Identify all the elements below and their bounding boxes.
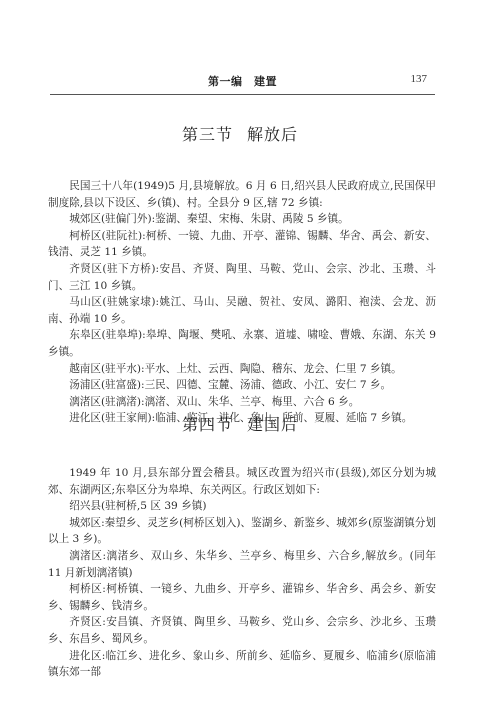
- section-3-body: 民国三十八年(1949)5 月,县境解放。6 月 6 日,绍兴县人民政府成立,民…: [48, 178, 436, 427]
- paragraph: 民国三十八年(1949)5 月,县境解放。6 月 6 日,绍兴县人民政府成立,民…: [48, 178, 436, 211]
- paragraph: 齐贤区(驻下方桥):安昌、齐贤、陶里、马鞍、党山、会宗、沙北、玉瓒、斗门、三江 …: [48, 261, 436, 294]
- paragraph: 漓渚区(驻漓渚):漓渚、双山、朱华、兰亭、梅里、六合 6 乡。: [48, 394, 436, 411]
- section-4-title: 建国后: [247, 415, 298, 434]
- paragraph: 1949 年 10 月,县东部分置会稽县。城区改置为绍兴市(县级),郊区分划为城…: [48, 465, 436, 498]
- paragraph: 汤浦区(驻富盛):三民、四德、宝麓、汤浦、德政、小江、安仁 7 乡。: [48, 377, 436, 394]
- paragraph: 进化区:临江乡、进化乡、象山乡、所前乡、延临乡、夏履乡、临浦乡(原临浦镇东郊一部: [48, 648, 436, 681]
- section-3-title: 解放后: [247, 125, 298, 144]
- page-header: 第一编 建置 137: [50, 66, 435, 95]
- section-3-number: 第三节: [182, 125, 233, 144]
- running-title: 第一编 建置: [50, 73, 435, 89]
- section-4-number: 第四节: [182, 415, 233, 434]
- paragraph: 城郊区(驻偏门外):鉴湖、秦望、宋梅、朱尉、禹陵 5 乡镇。: [48, 211, 436, 228]
- page-number: 137: [411, 73, 428, 85]
- paragraph: 东皋区(驻皋埠):皋埠、陶堰、樊吼、永寨、道墟、啸唫、曹娥、东湖、东关 9 乡镇…: [48, 327, 436, 360]
- paragraph: 柯桥区:柯桥镇、一镜乡、九曲乡、开亭乡、灌锦乡、华舍乡、禹会乡、新安乡、锡麟乡、…: [48, 581, 436, 614]
- paragraph: 越南区(驻平水):平水、上灶、云西、陶隐、稽东、龙会、仁里 7 乡镇。: [48, 361, 436, 378]
- paragraph: 马山区(驻姚家埭):姚江、马山、吴融、贺社、安凤、潞阳、袍渎、会龙、沥南、孙端 …: [48, 294, 436, 327]
- section-4-body: 1949 年 10 月,县东部分置会稽县。城区改置为绍兴市(县级),郊区分划为城…: [48, 465, 436, 681]
- paragraph: 城郊区:秦望乡、灵芝乡(柯桥区划入)、鉴湖乡、新鉴乡、城郊乡(原鉴湖镇分划以上 …: [48, 515, 436, 548]
- section-3-heading: 第三节解放后: [0, 122, 480, 145]
- section-4-heading: 第四节建国后: [0, 412, 480, 435]
- paragraph: 齐贤区:安昌镇、齐贤镇、陶里乡、马鞍乡、党山乡、会宗乡、沙北乡、玉瓒乡、东昌乡、…: [48, 614, 436, 647]
- paragraph: 绍兴县(驻柯桥,5 区 39 乡镇): [48, 498, 436, 515]
- paragraph: 漓渚区:漓渚乡、双山乡、朱华乡、兰亭乡、梅里乡、六合乡,解放乡。(同年 11 月…: [48, 548, 436, 581]
- paragraph: 柯桥区(驻阮社):柯桥、一镜、九曲、开亭、灌锦、锡麟、华舍、禹会、新安、钱清、灵…: [48, 228, 436, 261]
